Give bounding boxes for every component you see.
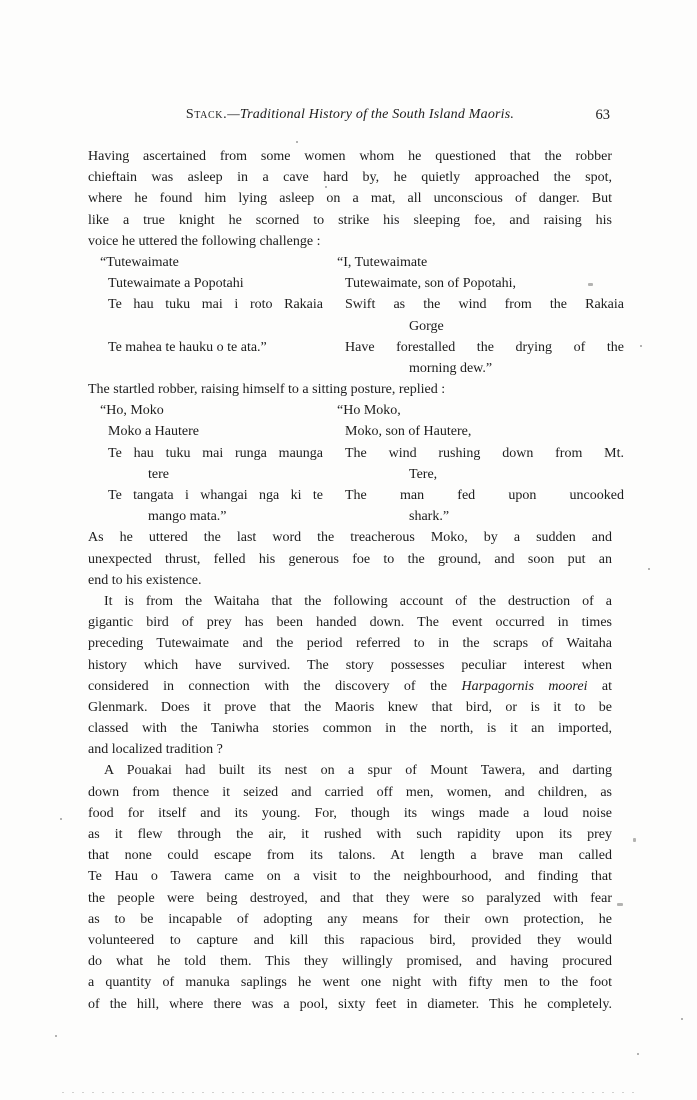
verse-row: Te hau tuku mai i roto Rakaia Swift as t… [100, 294, 612, 315]
verse-row: Gorge [100, 316, 612, 337]
verse-row: Te tangata i whangai nga ki te The man f… [100, 485, 612, 506]
scan-speck [681, 1018, 683, 1020]
verse-row: Te hau tuku mai runga maunga The wind ru… [100, 443, 612, 464]
book-page: Stack.—Traditional History of the South … [0, 0, 697, 1100]
verse-english-line: Tere, [337, 464, 624, 485]
verse-english-line: Moko, son of Hautere, [337, 421, 624, 442]
verse-maori-line: Te tangata i whangai nga ki te [100, 485, 337, 506]
paragraph-line: classed with the Taniwha stories common … [88, 718, 612, 739]
page-edge-artifact [62, 1092, 642, 1093]
verse-row: “Ho, Moko “Ho Moko, [100, 400, 612, 421]
paragraph-line: end to his existence. [88, 570, 612, 591]
paragraph-text: considered in connection with the discov… [88, 679, 462, 694]
paragraph-line: A Pouakai had built its nest on a spur o… [88, 760, 612, 781]
verse-maori-line: Te hau tuku mai runga maunga [100, 443, 337, 464]
verse-row: mango mata.” shark.” [100, 506, 612, 527]
paragraph-line: chieftain was asleep in a cave hard by, … [88, 167, 612, 188]
paragraph-line: where he found him lying asleep on a mat… [88, 188, 612, 209]
scan-speck [640, 345, 642, 347]
paragraph-line: Te Hau o Tawera came on a visit to the n… [88, 866, 612, 887]
verse-maori-line: “Tutewaimate [100, 252, 337, 273]
verse-row: Moko a Hautere Moko, son of Hautere, [100, 421, 612, 442]
paragraph-line: down from thence it seized and carried o… [88, 782, 612, 803]
paragraph-line: the people were being destroyed, and tha… [88, 888, 612, 909]
scan-speck [617, 903, 623, 906]
verse-english-line: Have forestalled the drying of the [337, 337, 624, 358]
paragraph-line: as it flew through the air, it rushed wi… [88, 824, 612, 845]
verse-english-line: Tutewaimate, son of Popotahi, [337, 273, 624, 294]
scan-speck [296, 141, 298, 143]
verse-english-line: Swift as the wind from the Rakaia [337, 294, 624, 315]
running-title-text: —Traditional History of the South Island… [227, 107, 514, 122]
verse-english-line: “I, Tutewaimate [337, 252, 624, 273]
scan-speck [648, 568, 650, 570]
species-name-italic: Harpagornis moorei [462, 679, 588, 694]
verse-english-line: “Ho Moko, [337, 400, 624, 421]
paragraph-line: voice he uttered the following challenge… [88, 231, 612, 252]
paragraph-line: like a true knight he scorned to strike … [88, 210, 612, 231]
verse-maori-line [100, 316, 337, 337]
verse-maori-line [100, 358, 337, 379]
page-number: 63 [596, 107, 611, 124]
verse-maori-line: tere [100, 464, 337, 485]
paragraph-line: do what he told them. This they willingl… [88, 951, 612, 972]
verse-row: Te mahea te hauku o te ata.” Have forest… [100, 337, 612, 358]
verse-english-line: Gorge [337, 316, 624, 337]
verse-maori-line: Moko a Hautere [100, 421, 337, 442]
paragraph-line: As he uttered the last word the treacher… [88, 527, 612, 548]
paragraph-line: of the hill, where there was a pool, six… [88, 994, 612, 1015]
paragraph-line: It is from the Waitaha that the followin… [88, 591, 612, 612]
paragraph-line: unexpected thrust, felled his generous f… [88, 549, 612, 570]
paragraph-line: that none could escape from its talons. … [88, 845, 612, 866]
paragraph-line: food for itself and its young. For, thou… [88, 803, 612, 824]
verse-maori-line: Tutewaimate a Popotahi [100, 273, 337, 294]
scan-speck [637, 1053, 639, 1055]
verse-maori-line: “Ho, Moko [100, 400, 337, 421]
scan-speck [566, 1004, 568, 1006]
paragraph-line: Glenmark. Does it prove that the Maoris … [88, 697, 612, 718]
scan-speck [325, 186, 327, 188]
verse-row: morning dew.” [100, 358, 612, 379]
scan-speck [55, 1035, 57, 1037]
paragraph-line: preceding Tutewaimate and the period ref… [88, 633, 612, 654]
verse-maori-line: Te hau tuku mai i roto Rakaia [100, 294, 337, 315]
scan-speck [60, 818, 62, 820]
verse-english-line: The man fed upon uncooked [337, 485, 624, 506]
paragraph-line: as to be incapable of adopting any means… [88, 909, 612, 930]
paragraph-line-with-italic: considered in connection with the discov… [88, 676, 612, 697]
verse-row: Tutewaimate a Popotahi Tutewaimate, son … [100, 273, 612, 294]
verse-row: tere Tere, [100, 464, 612, 485]
running-title: Stack.—Traditional History of the South … [88, 107, 612, 123]
text-block: Having ascertained from some women whom … [88, 146, 612, 1015]
verse-english-line: The wind rushing down from Mt. [337, 443, 624, 464]
verse-english-line: morning dew.” [337, 358, 624, 379]
page-header: Stack.—Traditional History of the South … [88, 107, 612, 129]
paragraph-line: volunteered to capture and kill this rap… [88, 930, 612, 951]
verse-maori-line: mango mata.” [100, 506, 337, 527]
paragraph-line: gigantic bird of prey has been handed do… [88, 612, 612, 633]
verse-maori-line: Te mahea te hauku o te ata.” [100, 337, 337, 358]
paragraph-line: Having ascertained from some women whom … [88, 146, 612, 167]
verse-english-line: shark.” [337, 506, 624, 527]
verse-row: “Tutewaimate “I, Tutewaimate [100, 252, 612, 273]
paragraph-line: The startled robber, raising himself to … [88, 379, 612, 400]
paragraph-line: history which have survived. The story p… [88, 655, 612, 676]
scan-speck [588, 283, 593, 286]
scan-speck [633, 838, 636, 842]
paragraph-line: and localized tradition ? [88, 739, 612, 760]
running-title-author: Stack. [186, 107, 227, 122]
paragraph-text: at [587, 679, 612, 694]
paragraph-line: a quantity of manuka saplings he went on… [88, 972, 612, 993]
